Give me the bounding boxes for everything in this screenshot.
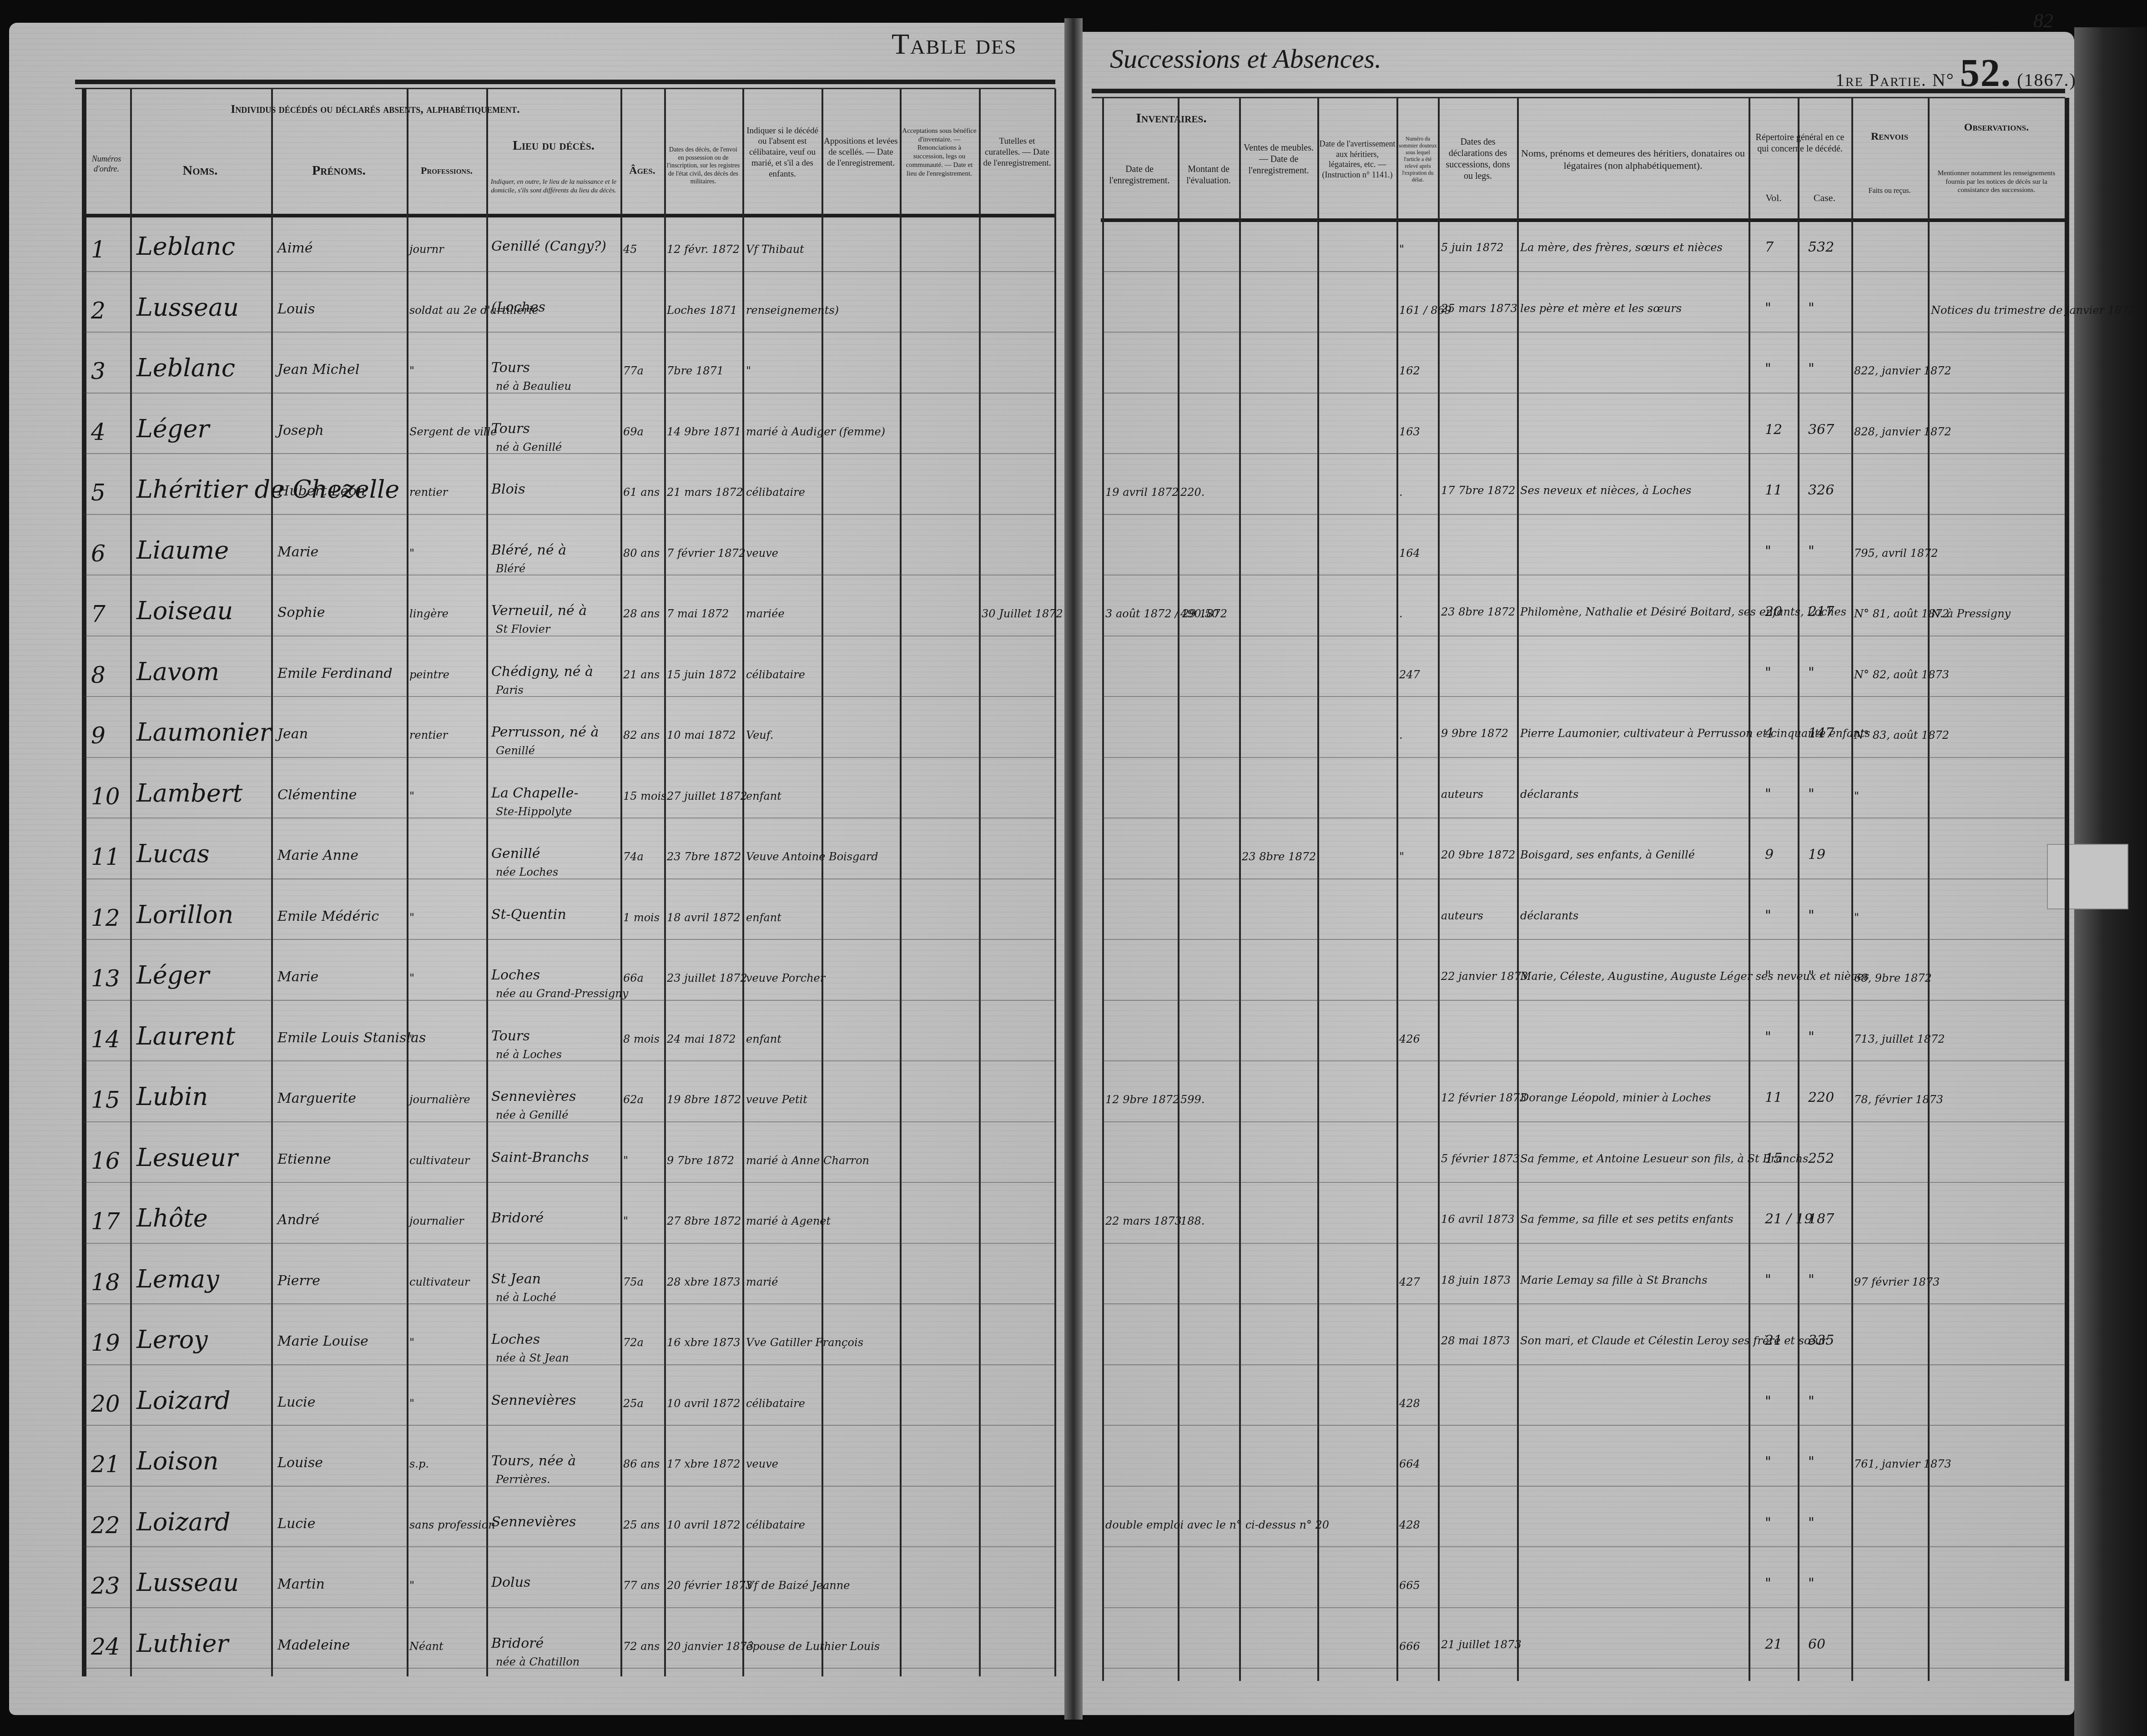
entry-case: 335 — [1808, 1332, 1834, 1348]
title-left: Table des — [892, 27, 1017, 61]
row-rule — [1103, 1182, 2065, 1183]
entry-case: 60 — [1808, 1636, 1825, 1652]
entry-renvoi: 713, juillet 1872 — [1854, 1033, 1945, 1045]
entry-death-date: 24 mai 1872 — [667, 1033, 736, 1045]
entry-death-date: 7 février 1872 — [667, 547, 746, 560]
column-rule — [620, 89, 622, 1676]
entry-given-names: Etienne — [277, 1151, 331, 1167]
row-rule — [1103, 818, 2065, 818]
entry-birth-place: née à Chatillon — [496, 1655, 580, 1668]
entry-age: 25 ans — [623, 1519, 660, 1531]
entry-given-names: Clémentine — [277, 787, 357, 803]
row-rule — [1103, 1060, 2065, 1061]
entry-sommier-number: 664 — [1399, 1458, 1420, 1470]
header-appositions: Appositions et levées de scellés. — Date… — [823, 96, 898, 209]
entry-declaration-date: 17 7bre 1872 — [1441, 484, 1515, 497]
entry-age: 21 ans — [623, 668, 660, 681]
row-rule — [84, 575, 1054, 575]
title-right: Successions et Absences. — [1110, 43, 1381, 75]
entry-death-place: Tours, née à — [491, 1453, 576, 1469]
entry-number: 22 — [91, 1512, 120, 1539]
row-rule — [84, 878, 1054, 879]
entry-sommier-number: " — [1399, 850, 1404, 863]
entry-profession: peintre — [409, 668, 449, 681]
row-rule — [84, 453, 1054, 454]
entry-profession: lingère — [409, 607, 449, 620]
entry-death-place: Genillé — [491, 846, 540, 862]
header-noms: Noms. — [132, 132, 268, 209]
entry-heirs: Dorange Léopold, minier à Loches — [1520, 1091, 1711, 1104]
row-rule — [84, 757, 1054, 758]
entry-marital-status: célibataire — [746, 1519, 805, 1531]
entry-given-names: André — [277, 1212, 319, 1228]
entry-volume: " — [1765, 908, 1771, 924]
entry-volume: 11 — [1765, 482, 1782, 498]
header-observations: Observations. — [1930, 105, 2063, 150]
entry-death-date: 7bre 1871 — [667, 364, 724, 377]
entry-profession: " — [409, 1579, 414, 1592]
entry-given-names: Marie — [277, 544, 318, 560]
entry-surname: Léger — [136, 961, 209, 989]
header-indiquer: Indiquer si le décédé ou l'absent est cé… — [744, 96, 821, 209]
entry-volume: 21 — [1765, 1332, 1782, 1348]
entry-profession: " — [409, 547, 414, 560]
entry-death-place: Saint-Branchs — [491, 1150, 589, 1166]
entry-marital-status: enfant — [746, 790, 781, 802]
header-renvois-sub: Faits ou reçus. — [1853, 168, 1926, 214]
entry-profession: " — [409, 972, 414, 984]
entry-death-date: 27 8bre 1872 — [667, 1215, 741, 1227]
book-gutter — [1064, 18, 1083, 1720]
entry-volume: 4 — [1765, 725, 1774, 741]
entry-age: 62a — [623, 1093, 644, 1106]
entry-renvoi: N° 82, août 1873 — [1854, 668, 1949, 681]
entry-number: 9 — [91, 722, 106, 749]
entry-case: " — [1808, 665, 1814, 681]
entry-number: 6 — [91, 540, 106, 567]
entry-given-names: Lucie — [277, 1394, 315, 1410]
entry-profession: journr — [409, 243, 444, 256]
entry-profession: journalière — [409, 1093, 470, 1106]
entry-renvoi: N° 83, août 1872 — [1854, 729, 1949, 742]
entry-given-names: Jean — [277, 726, 308, 742]
entry-death-date: 18 avril 1872 — [667, 911, 741, 924]
entry-marital-status: marié à Audiger (femme) — [746, 425, 885, 438]
entry-surname: Leroy — [136, 1325, 208, 1354]
entry-death-date: 12 févr. 1872 — [667, 243, 740, 256]
entry-death-date: 20 janvier 1873 — [667, 1640, 754, 1653]
entry-given-names: Emile Médéric — [277, 908, 379, 924]
entry-volume: 21 — [1765, 1636, 1782, 1652]
entry-given-names: Hubert Léon — [277, 483, 365, 499]
row-rule — [84, 1607, 1054, 1608]
entry-profession: " — [409, 790, 414, 802]
entry-case: " — [1808, 1454, 1814, 1470]
entry-case: " — [1808, 1515, 1814, 1531]
entry-surname: Lemay — [136, 1265, 219, 1293]
entry-age: " — [623, 1154, 628, 1167]
entry-age: 72a — [623, 1336, 644, 1349]
entry-number: 11 — [91, 844, 120, 870]
column-rule — [1851, 98, 1853, 1681]
entry-sommier-number: . — [1399, 486, 1403, 499]
entry-marital-status: Vf de Baizé Jeanne — [746, 1579, 850, 1592]
entry-number: 7 — [91, 601, 106, 627]
entry-renvoi: 78, février 1873 — [1854, 1093, 1943, 1106]
entry-case: 326 — [1808, 482, 1834, 498]
header-rule-right — [1092, 89, 2065, 93]
entry-volume: " — [1765, 300, 1771, 316]
entry-case: " — [1808, 1575, 1814, 1591]
entry-case: " — [1808, 1393, 1814, 1409]
entry-surname: Liaume — [136, 536, 229, 565]
entry-number: 23 — [91, 1573, 120, 1599]
entry-marital-status: marié à Anne Charron — [746, 1154, 869, 1167]
entry-birth-place: née au Grand-Pressigny — [496, 987, 628, 1000]
row-rule — [84, 1486, 1054, 1487]
entry-heirs: déclarants — [1520, 909, 1578, 922]
column-rule — [1928, 98, 1930, 1681]
entry-marital-status: Vf Thibaut — [746, 243, 804, 256]
entry-surname: Lusseau — [136, 293, 239, 322]
entry-surname: Lesueur — [136, 1143, 238, 1172]
entry-volume: " — [1765, 786, 1771, 802]
column-rule — [1054, 89, 1056, 1676]
entry-death-place: Loches — [491, 1332, 540, 1347]
entry-profession: Sergent de ville — [409, 425, 497, 438]
entry-marital-status: marié — [746, 1276, 778, 1288]
entry-marital-status: mariée — [746, 607, 785, 620]
column-rule — [822, 89, 823, 1676]
header-vol: Vol. — [1750, 182, 1797, 214]
entry-volume: " — [1765, 665, 1771, 681]
row-rule — [1103, 1000, 2065, 1001]
entry-death-place: Bridoré — [491, 1210, 544, 1226]
entry-age: 15 mois — [623, 790, 666, 802]
entry-given-names: Emile Ferdinand — [277, 666, 393, 681]
entry-case: 220 — [1808, 1090, 1834, 1105]
entry-death-date: 21 mars 1872 — [667, 486, 743, 499]
entry-given-names: Louise — [277, 1455, 323, 1471]
entry-sommier-number: 426 — [1399, 1033, 1420, 1045]
entry-case: " — [1808, 968, 1814, 984]
entry-volume: " — [1765, 968, 1771, 984]
entry-marital-status: Vve Gatiller François — [746, 1336, 863, 1349]
entry-birth-place: né à Beaulieu — [496, 380, 571, 393]
row-rule — [84, 1364, 1054, 1365]
entry-profession: Néant — [409, 1640, 444, 1653]
entry-number: 2 — [91, 298, 106, 324]
entry-death-date: 10 avril 1872 — [667, 1519, 741, 1531]
entry-death-date: 9 7bre 1872 — [667, 1154, 734, 1167]
entry-number: 17 — [91, 1208, 120, 1235]
entry-marital-status: enfant — [746, 1033, 781, 1045]
entry-birth-place: né à Loches — [496, 1048, 562, 1061]
row-rule — [1103, 1425, 2065, 1426]
header-acceptations: Acceptations sous bénéfice d'inventaire.… — [902, 96, 977, 209]
row-rule — [84, 271, 1054, 272]
entry-volume: 12 — [1765, 422, 1782, 438]
entry-declaration-date: 12 février 1873 — [1441, 1091, 1527, 1104]
row-rule — [84, 1000, 1054, 1001]
entry-declaration-date: auteurs — [1441, 788, 1483, 801]
row-rule — [1103, 271, 2065, 272]
entry-case: " — [1808, 908, 1814, 924]
header-bottom-rule-right — [1101, 218, 2065, 222]
entry-profession: " — [409, 364, 414, 377]
entry-case: " — [1808, 1272, 1814, 1288]
entry-marital-status: Veuve Antoine Boisgard — [746, 850, 878, 863]
header-sommier: Numéro du sommier douteux sous lequel l'… — [1398, 105, 1437, 214]
entry-volume: " — [1765, 361, 1771, 377]
entry-sommier-number: 428 — [1399, 1397, 1420, 1410]
row-rule — [84, 1060, 1054, 1061]
entry-tutelle-date: 30 Juillet 1872 — [982, 607, 1063, 620]
entry-death-place: Verneuil, né à — [491, 603, 587, 619]
row-rule — [1103, 696, 2065, 697]
entry-inventory-date: double emploi avec le n° ci-dessus n° 20 — [1105, 1519, 1329, 1531]
column-rule — [1798, 98, 1799, 1681]
entry-volume: 11 — [1765, 1090, 1782, 1105]
entry-declaration-date: 21 juillet 1873 — [1441, 1638, 1522, 1651]
entry-birth-place: Paris — [496, 684, 524, 696]
entry-profession: " — [409, 1336, 414, 1349]
entry-number: 14 — [91, 1026, 120, 1053]
entry-marital-status: veuve — [746, 1458, 778, 1470]
entry-renvoi: 828, janvier 1872 — [1854, 425, 1951, 438]
row-rule — [1103, 636, 2065, 636]
entry-surname: Lhôte — [136, 1204, 208, 1232]
entry-death-place: Sennevières — [491, 1393, 576, 1408]
entry-age: 82 ans — [623, 729, 660, 742]
entry-inventory-amount: 188. — [1180, 1215, 1205, 1227]
entry-sommier-number: 163 — [1399, 425, 1420, 438]
entry-marital-status: enfant — [746, 911, 781, 924]
entry-case: " — [1808, 543, 1814, 559]
header-prenoms: Prénoms. — [273, 132, 405, 209]
header-tutelles: Tutelles et curatelles. — Date de l'enre… — [981, 96, 1053, 209]
entry-age: 77a — [623, 364, 644, 377]
entry-death-date: 28 xbre 1873 — [667, 1276, 740, 1288]
entry-surname: Lucas — [136, 839, 210, 868]
row-rule — [1103, 1546, 2065, 1547]
header-ages: Âges. — [621, 132, 663, 209]
header-lieu-note: Indiquer, en outre, le lieu de la naissa… — [488, 164, 619, 209]
column-rule — [979, 89, 981, 1676]
entry-inventory-date: 12 9bre 1872 — [1105, 1093, 1179, 1106]
entry-case: 187 — [1808, 1211, 1834, 1227]
header-group-individus: Individus décédés ou déclarés absents, a… — [132, 96, 619, 123]
column-rule — [486, 89, 488, 1676]
entry-number: 3 — [91, 358, 106, 384]
entry-profession: cultivateur — [409, 1154, 470, 1167]
row-rule — [1103, 575, 2065, 575]
entry-given-names: Sophie — [277, 605, 325, 621]
entry-age: 74a — [623, 850, 644, 863]
entry-birth-place: né à Loché — [496, 1291, 556, 1304]
entry-declaration-date: 25 mars 1873 — [1441, 302, 1517, 315]
entry-death-place: Sennevières — [491, 1089, 576, 1105]
entry-death-date: 27 juillet 1872 — [667, 790, 747, 802]
header-numeros: Numéros d'ordre. — [84, 118, 129, 209]
column-rule — [1102, 98, 1104, 1681]
entry-number: 4 — [91, 419, 106, 445]
row-rule — [84, 1425, 1054, 1426]
entry-case: 217 — [1808, 604, 1834, 620]
entry-surname: Lusseau — [136, 1568, 239, 1597]
entry-death-date: 7 mai 1872 — [667, 607, 729, 620]
entry-death-place: Genillé (Cangy?) — [491, 238, 606, 254]
entry-case: " — [1808, 1029, 1814, 1045]
entry-marital-status: célibataire — [746, 486, 805, 499]
entry-renvoi: " — [1854, 911, 1859, 924]
entry-number: 16 — [91, 1148, 120, 1174]
entry-number: 21 — [91, 1451, 120, 1478]
entry-age: 80 ans — [623, 547, 660, 560]
column-rule — [271, 89, 273, 1676]
column-rule — [1438, 98, 1440, 1681]
row-rule — [84, 1303, 1054, 1304]
row-rule — [84, 696, 1054, 697]
entry-death-place: Sennevières — [491, 1514, 576, 1530]
row-rule — [1103, 1486, 2065, 1487]
row-rule — [84, 393, 1054, 394]
entry-given-names: Marie — [277, 969, 318, 985]
header-rule-left — [75, 80, 1055, 84]
column-rule — [407, 89, 408, 1676]
entry-observation: N. à Pressigny — [1931, 607, 2011, 620]
entry-surname: Lorillon — [136, 900, 233, 929]
header-declarations: Dates des déclarations des successions, … — [1440, 105, 1516, 214]
entry-sommier-number: 428 — [1399, 1519, 1420, 1531]
entry-given-names: Marguerite — [277, 1090, 356, 1106]
entry-death-date: 10 mai 1872 — [667, 729, 736, 742]
row-rule — [1103, 757, 2065, 758]
row-rule — [84, 514, 1054, 515]
entry-age: 25a — [623, 1397, 644, 1410]
entry-given-names: Emile Louis Stanislas — [277, 1030, 426, 1046]
entry-death-date: 20 février 1873 — [667, 1579, 752, 1592]
entry-inventory-amount: 490.50 — [1180, 607, 1219, 620]
entry-inventory-amount: 220. — [1180, 486, 1205, 499]
entry-declaration-date: 22 janvier 1873 — [1441, 970, 1528, 983]
entry-profession: s.p. — [409, 1458, 429, 1470]
entry-volume: 15 — [1765, 1151, 1782, 1166]
row-rule — [84, 332, 1054, 333]
header-bottom-rule-left — [82, 214, 1055, 217]
entry-volume: " — [1765, 543, 1771, 559]
entry-death-place: Bléré, né à — [491, 542, 566, 558]
entry-heirs: Boisgard, ses enfants, à Genillé — [1520, 848, 1695, 861]
entry-surname: Luthier — [136, 1629, 228, 1658]
header-noms-heritiers: Noms, prénoms et demeures des héritiers,… — [1519, 105, 1747, 214]
entry-profession: sans profession — [409, 1519, 495, 1531]
row-rule — [1103, 1668, 2065, 1669]
header-avertissement: Date de l'avertissement aux héritiers, l… — [1319, 105, 1396, 214]
entry-number: 10 — [91, 783, 120, 810]
entry-birth-place: Genillé — [496, 744, 535, 757]
entry-age: 8 mois — [623, 1033, 660, 1045]
entry-death-place: La Chapelle- — [491, 785, 579, 801]
entry-marital-status: " — [746, 364, 751, 377]
entry-given-names: Madeleine — [277, 1637, 350, 1653]
entry-volume: " — [1765, 1515, 1771, 1531]
paper-tab — [2047, 844, 2128, 909]
column-rule — [2065, 98, 2069, 1681]
entry-profession: rentier — [409, 486, 448, 499]
entry-death-date: 16 xbre 1873 — [667, 1336, 740, 1349]
entry-given-names: Martin — [277, 1576, 325, 1592]
entry-case: 19 — [1808, 847, 1825, 863]
entry-marital-status: marié à Agenet — [746, 1215, 831, 1227]
entry-volume: " — [1765, 1454, 1771, 1470]
row-rule — [84, 1546, 1054, 1547]
entry-marital-status: renseignements) — [746, 304, 839, 317]
entry-death-place: Dolus — [491, 1575, 530, 1590]
entry-given-names: Marie Anne — [277, 848, 358, 863]
entry-case: " — [1808, 361, 1814, 377]
entry-profession: " — [409, 1033, 414, 1045]
folio-number: 82 — [2033, 9, 2053, 32]
entry-case: 367 — [1808, 422, 1834, 438]
row-rule — [1103, 332, 2065, 333]
row-rule — [1103, 393, 2065, 394]
partie-label-text: 1re Partie. N° — [1835, 70, 1955, 90]
header-inv-date: Date de l'enregistrement. — [1103, 136, 1176, 214]
entry-death-date: 10 avril 1872 — [667, 1397, 741, 1410]
entry-volume: " — [1765, 1575, 1771, 1591]
entry-surname: Lavom — [136, 657, 219, 686]
entry-death-place: St-Quentin — [491, 907, 566, 923]
entry-heirs: La mère, des frères, sœurs et nièces — [1520, 241, 1723, 254]
entry-age: 75a — [623, 1276, 644, 1288]
entry-sale-date: 23 8bre 1872 — [1242, 850, 1316, 863]
entry-birth-place: né à Genillé — [496, 441, 562, 454]
entry-number: 18 — [91, 1269, 120, 1296]
entry-death-place: Blois — [491, 481, 525, 497]
entry-death-date: 17 xbre 1872 — [667, 1458, 740, 1470]
entry-declaration-date: 9 9bre 1872 — [1441, 727, 1508, 740]
entry-renvoi: 795, avril 1872 — [1854, 547, 1938, 560]
entry-given-names: Joseph — [277, 423, 324, 439]
entry-death-date: Loches 1871 — [667, 304, 737, 317]
entry-profession: cultivateur — [409, 1276, 470, 1288]
header-rule-right-thin — [1092, 97, 2065, 98]
header-repertoire: Répertoire général en ce qui concerne le… — [1750, 105, 1850, 182]
entry-given-names: Jean Michel — [277, 362, 359, 378]
entry-death-place: Loches — [491, 967, 540, 983]
entry-number: 12 — [91, 905, 120, 931]
row-rule — [1103, 1303, 2065, 1304]
entry-surname: Loizard — [136, 1386, 231, 1415]
entry-surname: Laumonier — [136, 718, 271, 747]
entry-number: 13 — [91, 965, 120, 992]
entry-observation: Notices du trimestre de janvier 1872 — [1931, 304, 2136, 317]
row-rule — [84, 1182, 1054, 1183]
entry-given-names: Louis — [277, 301, 315, 317]
entry-age: 28 ans — [623, 607, 660, 620]
entry-case: 147 — [1808, 725, 1834, 741]
entry-heirs: Marie, Céleste, Augustine, Auguste Léger… — [1520, 970, 1869, 983]
row-rule — [84, 1243, 1054, 1244]
header-ventes: Ventes de meubles. — Date de l'enregistr… — [1241, 105, 1316, 214]
entry-death-place: Tours — [491, 360, 530, 376]
column-rule — [1517, 98, 1519, 1681]
entry-declaration-date: 18 juin 1873 — [1441, 1274, 1511, 1287]
entry-number: 1 — [91, 237, 106, 263]
entry-birth-place: née à Genillé — [496, 1109, 569, 1121]
header-dates-deces: Dates des décès, de l'envoi en possessio… — [665, 123, 741, 209]
